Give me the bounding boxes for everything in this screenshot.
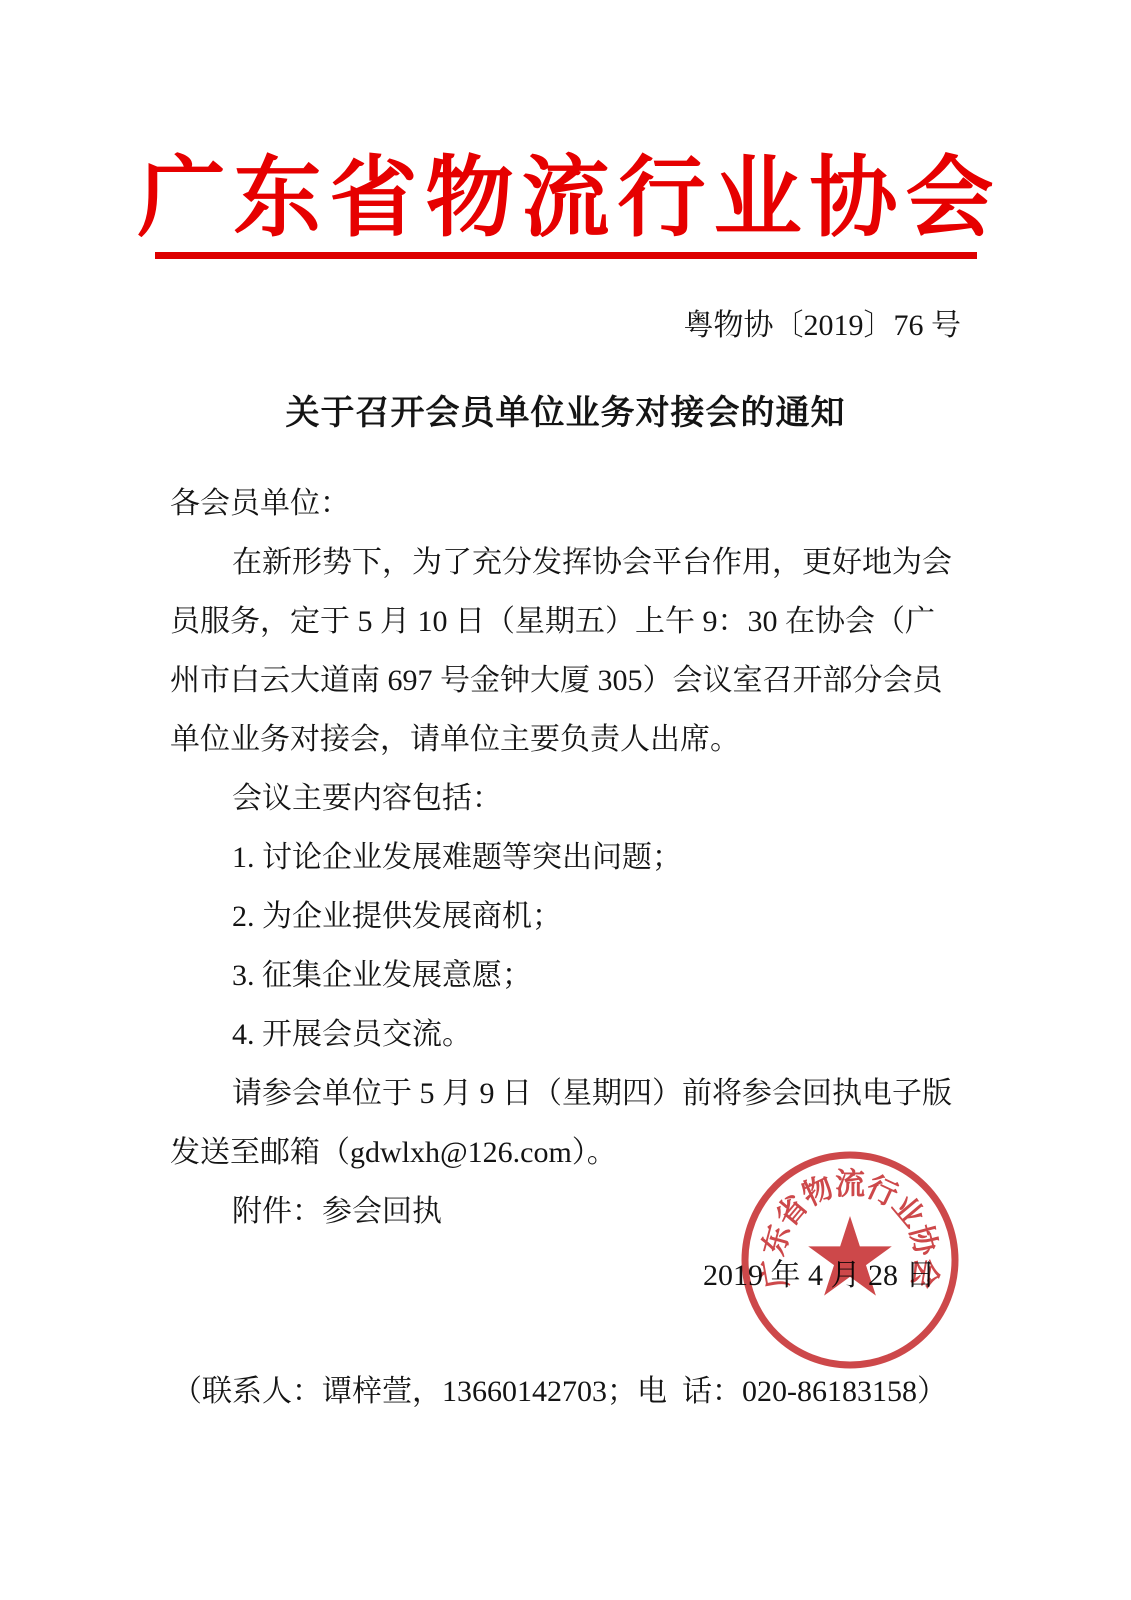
red-star-icon [808, 1216, 892, 1296]
document-title: 关于召开会员单位业务对接会的通知 [0, 385, 1131, 434]
document-page: 广东省物流行业协会 粤物协〔2019〕76 号 关于召开会员单位业务对接会的通知… [0, 0, 1131, 1600]
body-line: 单位业务对接会，请单位主要负责人出席。 [170, 710, 970, 769]
seal-char: 流 [835, 1167, 865, 1201]
body-line: 员服务，定于 5 月 10 日（星期五）上午 9：30 在协会（广 [170, 592, 970, 651]
letterhead-org-name: 广东省物流行业协会 [0, 128, 1131, 254]
agenda-item-3: 3. 征集企业发展意愿； [170, 946, 970, 1005]
official-seal-stamp: 广 东 省 物 流 行 业 协 会 [730, 1140, 970, 1380]
seal-char: 会 [905, 1255, 943, 1290]
agenda-item-2: 2. 为企业提供发展商机； [170, 887, 970, 946]
document-body: 各会员单位： 在新形势下，为了充分发挥协会平台作用，更好地为会 员服务，定于 5… [170, 474, 970, 1241]
seal-char: 广 [757, 1255, 795, 1290]
agenda-item-1: 1. 讨论企业发展难题等突出问题； [170, 828, 970, 887]
letterhead-double-rule [155, 252, 977, 259]
body-line: 请参会单位于 5 月 9 日（星期四）前将参会回执电子版 [170, 1064, 970, 1123]
body-line: 州市白云大道南 697 号金钟大厦 305）会议室召开部分会员 [170, 651, 970, 710]
salutation-line: 各会员单位： [170, 474, 970, 533]
document-number: 粤物协〔2019〕76 号 [684, 300, 962, 344]
body-line: 在新形势下，为了充分发挥协会平台作用，更好地为会 [170, 533, 970, 592]
agenda-item-4: 4. 开展会员交流。 [170, 1005, 970, 1064]
body-line: 会议主要内容包括： [170, 769, 970, 828]
